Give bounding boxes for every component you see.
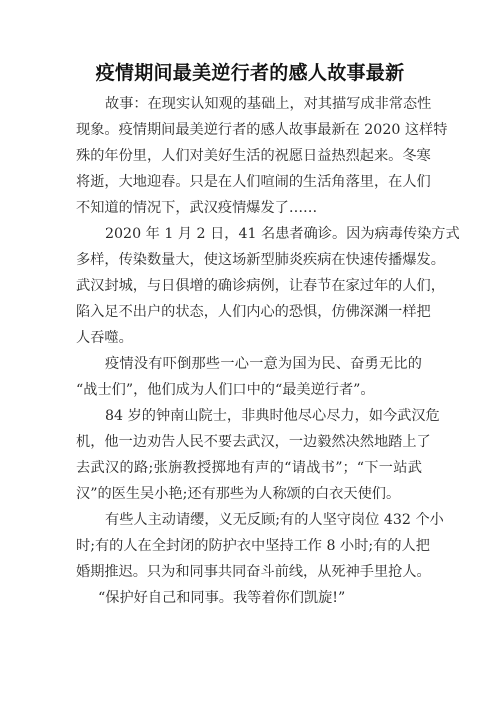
text-line: 婚期推迟。只为和同事共同奋斗前线，从死神手里抢人。 bbox=[76, 559, 422, 585]
text-line: 人吞噬。 bbox=[76, 325, 422, 351]
text-line: “保护好自己和同事。我等着你们凯旋!” bbox=[76, 585, 422, 611]
text-line: 不知道的情况下，武汉疫情爆发了…… bbox=[76, 195, 422, 221]
paragraph-quote: “保护好自己和同事。我等着你们凯旋!” bbox=[76, 585, 422, 611]
text-line: 有些人主动请缨，义无反顾;有的人坚守岗位 432 个小 bbox=[76, 507, 422, 533]
text-line: 将逝，大地迎春。只是在人们喧闹的生活角落里，在人们 bbox=[76, 169, 422, 195]
paragraph-intro: 故事：在现实认知观的基础上，对其描写成非常态性 现象。疫情期间最美逆行者的感人故… bbox=[76, 91, 422, 221]
text-line: 去武汉的路;张旃教授掷地有声的“请战书”；“下一站武 bbox=[76, 455, 422, 481]
paragraph-warriors: 疫情没有吓倒那些一心一意为国为民、奋勇无比的 “战士们”，他们成为人们口中的“最… bbox=[76, 351, 422, 403]
text-line: 时;有的人在全封闭的防护衣中坚持工作 8 小时;有的人把 bbox=[76, 533, 422, 559]
document-page: 疫情期间最美逆行者的感人故事最新 故事：在现实认知观的基础上，对其描写成非常态性… bbox=[0, 0, 500, 708]
text-line: 殊的年份里，人们对美好生活的祝愿日益热烈起来。冬寒 bbox=[76, 143, 422, 169]
paragraph-volunteers: 有些人主动请缨，义无反顾;有的人坚守岗位 432 个小 时;有的人在全封闭的防护… bbox=[76, 507, 422, 585]
text-line: 多样，传染数量大，使这场新型肺炎疾病在快速传播爆发。 bbox=[76, 247, 422, 273]
paragraph-zhong-nanshan: 84 岁的钟南山院士，非典时他尽心尽力，如今武汉危 机，他一边劝告人民不要去武汉… bbox=[76, 403, 422, 507]
text-line: 汉”的医生吴小艳;还有那些为人称颂的白衣天使们。 bbox=[76, 481, 422, 507]
text-line: 2020 年 1 月 2 日，41 名患者确诊。因为病毒传染方式 bbox=[76, 221, 422, 247]
text-line: 武汉封城，与日俱增的确诊病例，让春节在家过年的人们， bbox=[76, 273, 422, 299]
text-line: 陷入足不出户的状态，人们内心的恐惧，仿佛深渊一样把 bbox=[76, 299, 422, 325]
text-line: 现象。疫情期间最美逆行者的感人故事最新在 2020 这样特 bbox=[76, 117, 422, 143]
text-line: 机，他一边劝告人民不要去武汉，一边毅然决然地踏上了 bbox=[76, 429, 422, 455]
text-line: 故事：在现实认知观的基础上，对其描写成非常态性 bbox=[76, 91, 422, 117]
text-line: 疫情没有吓倒那些一心一意为国为民、奋勇无比的 bbox=[76, 351, 422, 377]
paragraph-outbreak: 2020 年 1 月 2 日，41 名患者确诊。因为病毒传染方式 多样，传染数量… bbox=[76, 221, 422, 351]
text-line: 84 岁的钟南山院士，非典时他尽心尽力，如今武汉危 bbox=[76, 403, 422, 429]
document-body: 故事：在现实认知观的基础上，对其描写成非常态性 现象。疫情期间最美逆行者的感人故… bbox=[76, 91, 422, 611]
text-line: “战士们”，他们成为人们口中的“最美逆行者”。 bbox=[76, 377, 422, 403]
document-title: 疫情期间最美逆行者的感人故事最新 bbox=[0, 60, 500, 86]
